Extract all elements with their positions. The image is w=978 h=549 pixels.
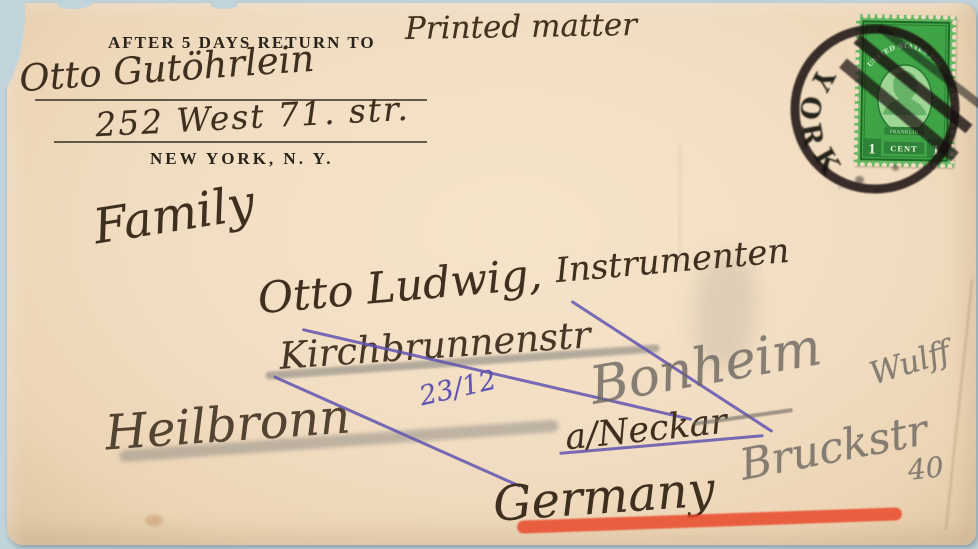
cancel-ink-specks: [822, 165, 829, 171]
violet-notation: 23/12: [417, 367, 499, 411]
postmark-cancel: Y O R K: [757, 9, 978, 229]
postmark-letter-r: R: [794, 121, 829, 149]
postmark-letter-o: O: [793, 94, 827, 122]
forwarding-street: Bruckstr: [737, 409, 932, 487]
addressee-trade: Instrumenten: [554, 234, 791, 288]
right-edge-crease: [945, 280, 973, 531]
bottom-stain: [145, 515, 163, 526]
return-address-city: NEW YORK, N. Y.: [150, 149, 334, 169]
envelope: AFTER 5 DAYS RETURN TO Otto Gutöhrlein 2…: [7, 3, 976, 545]
addressee-name: Otto Ludwig,: [256, 253, 544, 321]
printed-matter-endorsement: Printed matter: [405, 10, 638, 45]
vertical-fold-line: [679, 145, 681, 273]
forwarding-house-number: 40: [907, 453, 945, 485]
address-salutation: Family: [90, 179, 258, 252]
top-edge-tear-2: [57, 0, 94, 10]
forwarding-name: Wulff: [866, 337, 954, 391]
sender-name-handwritten: Otto Gutöhrlein: [18, 40, 315, 98]
scan-background: { "return_address": { "header": "AFTER 5…: [0, 0, 978, 549]
return-address-rule-2: [54, 141, 427, 143]
top-edge-tear-1: [210, 0, 238, 9]
